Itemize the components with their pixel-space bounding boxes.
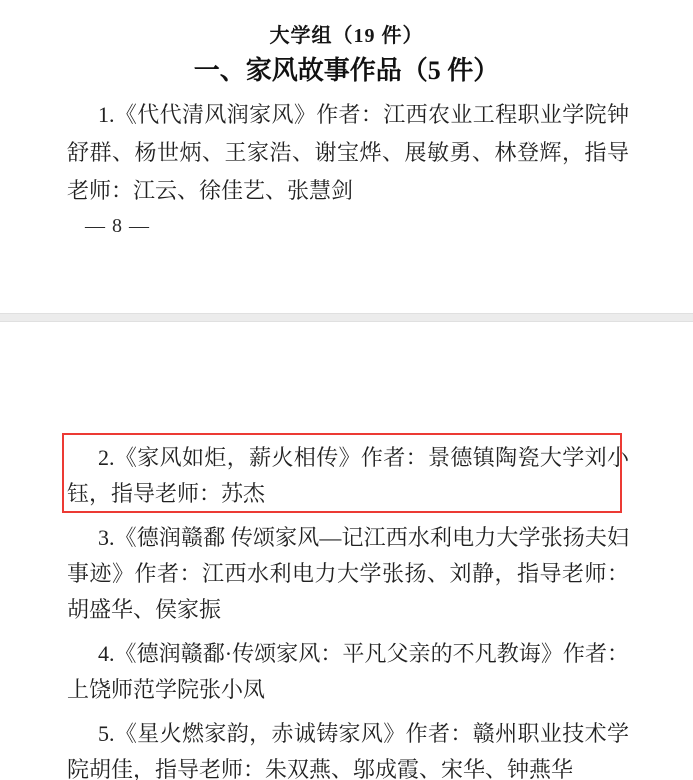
document-viewer: 大学组（19 件） 一、家风故事作品（5 件） 1.《代代清风润家风》作者：江西… [0, 0, 693, 780]
group-heading: 大学组（19 件） [0, 22, 693, 50]
entry-3: 3.《德润赣鄱 传颂家风—记江西水利电力大学张扬夫妇事迹》作者：江西水利电力大学… [67, 520, 629, 628]
entry-1: 1.《代代清风润家风》作者：江西农业工程职业学院钟舒群、杨世炳、王家浩、谢宝烨、… [67, 96, 629, 210]
page-separator [0, 313, 693, 322]
page-number: — 8 — [85, 214, 693, 238]
entry-5: 5.《星火燃家韵，赤诚铸家风》作者：赣州职业技术学院胡佳，指导老师：朱双燕、邬成… [67, 716, 629, 780]
section-heading: 一、家风故事作品（5 件） [0, 54, 693, 88]
entry-4: 4.《德润赣鄱·传颂家风：平凡父亲的不凡教诲》作者：上饶师范学院张小凤 [67, 636, 629, 708]
document-page-2: 2.《家风如炬，薪火相传》作者：景德镇陶瓷大学刘小钰，指导老师：苏杰 3.《德润… [0, 322, 693, 780]
document-page-1: 大学组（19 件） 一、家风故事作品（5 件） 1.《代代清风润家风》作者：江西… [0, 0, 693, 313]
entry-2-highlighted: 2.《家风如炬，薪火相传》作者：景德镇陶瓷大学刘小钰，指导老师：苏杰 [67, 440, 629, 512]
